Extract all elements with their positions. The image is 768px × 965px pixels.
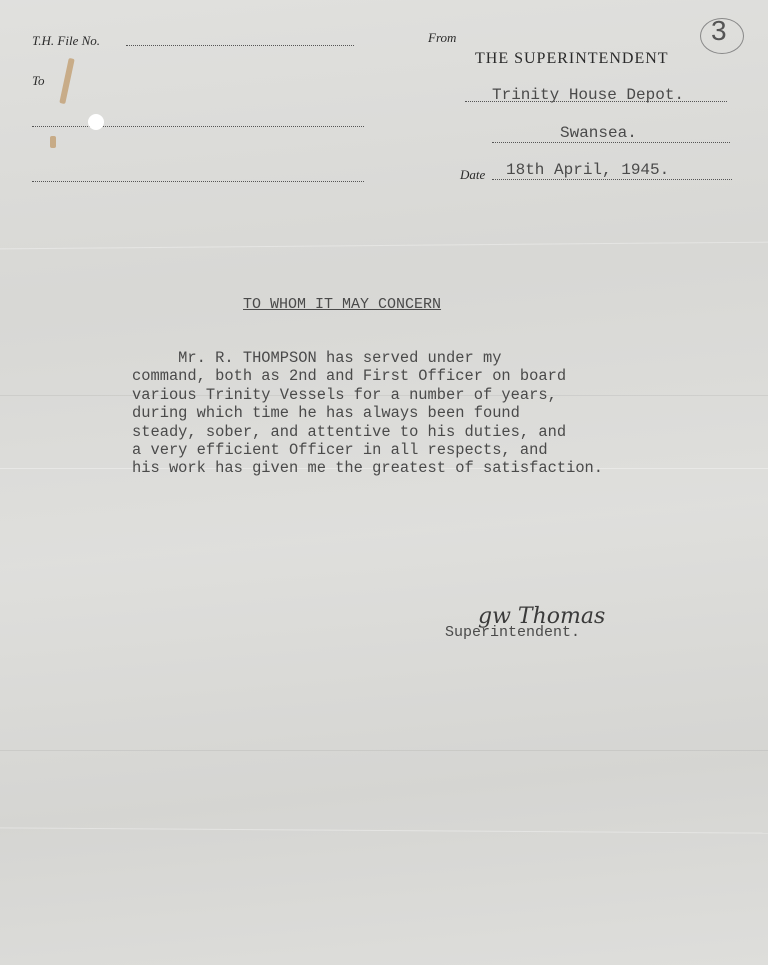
page-number-circle: 3 [700,18,744,54]
body-line: steady, sober, and attentive to his duti… [132,423,603,441]
page-number: 3 [711,15,727,47]
body-line: Mr. R. THOMPSON has served under my [132,349,603,367]
paper-crease [0,750,768,751]
letter-heading: TO WHOM IT MAY CONCERN [243,296,441,313]
letter-date: 18th April, 1945. [506,161,669,179]
paper-crease [0,827,768,833]
to-label: To [32,73,45,89]
date-line [492,179,732,180]
body-line: his work has given me the greatest of sa… [132,459,603,477]
file-no-line [126,45,354,46]
from-label: From [428,30,456,46]
body-line: a very efficient Officer in all respects… [132,441,603,459]
address-line-1 [32,126,364,127]
rust-stain [50,136,56,148]
rust-stain [59,58,74,104]
town-line [492,142,730,143]
body-line: various Trinity Vessels for a number of … [132,386,603,404]
punch-hole [88,114,104,130]
signatory-title: Superintendent. [445,624,580,641]
sender-name: THE SUPERINTENDENT [475,50,669,68]
letter-page: T.H. File No. To From THE SUPERINTENDENT… [0,0,768,965]
paper-crease [0,242,768,250]
letter-body: Mr. R. THOMPSON has served under mycomma… [132,349,603,478]
body-line: command, both as 2nd and First Officer o… [132,367,603,385]
body-line: during which time he has always been fou… [132,404,603,422]
file-no-label: T.H. File No. [32,33,100,49]
town-name: Swansea. [560,124,637,142]
date-label: Date [460,167,485,183]
depot-line [465,101,727,102]
address-line-2 [32,181,364,182]
